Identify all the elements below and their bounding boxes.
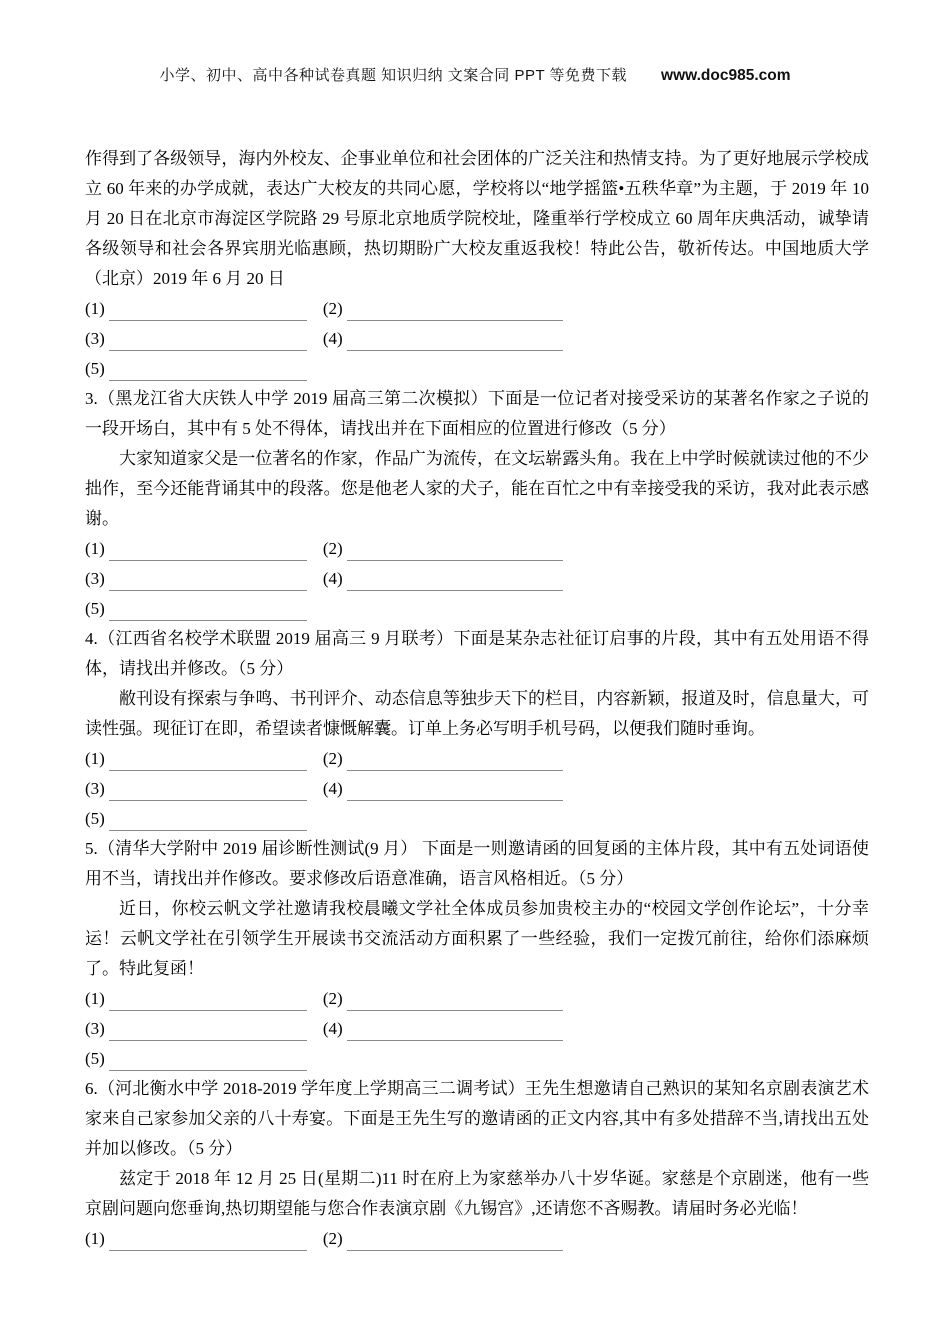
question-3-stem: 3.（黑龙江省大庆铁人中学 2019 届高三第二次模拟）下面是一位记者对接受采访… (85, 384, 869, 444)
question-5-stem: 5.（清华大学附中 2019 届诊断性测试(9 月） 下面是一则邀请函的回复函的… (85, 834, 869, 894)
answer-blanks-q6: (1) (2) (85, 1224, 869, 1254)
blank-label: (4) (323, 564, 343, 594)
blank-label: (1) (85, 984, 105, 1014)
header-promo-text: 小学、初中、高中各种试卷真题 知识归纳 文案合同 PPT 等免费下载 (159, 67, 627, 84)
answer-line (347, 748, 563, 771)
answer-line (109, 538, 307, 561)
answer-blank-row: (3) (4) (85, 1014, 869, 1044)
header-site-text: www.doc985.com (661, 67, 791, 84)
blank-label: (3) (85, 564, 105, 594)
answer-blanks-announcement: (1) (2) (3) (4) (5) (85, 294, 869, 384)
blank-label: (4) (323, 1014, 343, 1044)
answer-blank-row: (5) (85, 1044, 869, 1074)
document-page: 小学、初中、高中各种试卷真题 知识归纳 文案合同 PPT 等免费下载www.do… (0, 0, 950, 1344)
blank-label: (3) (85, 324, 105, 354)
question-6-stem: 6.（河北衡水中学 2018-2019 学年度上学期高三二调考试）王先生想邀请自… (85, 1074, 869, 1164)
answer-line (109, 1018, 307, 1041)
answer-blank-row: (3) (4) (85, 324, 869, 354)
blank-label: (2) (323, 294, 343, 324)
blank-label: (2) (323, 1224, 343, 1254)
document-body: 作得到了各级领导，海内外校友、企事业单位和社会团体的广泛关注和热情支持。为了更好… (85, 144, 869, 1254)
answer-blanks-q3: (1) (2) (3) (4) (5) (85, 534, 869, 624)
question-6-passage: 兹定于 2018 年 12 月 25 日(星期二)11 时在府上为家慈举办八十岁… (85, 1164, 869, 1224)
answer-line (109, 778, 307, 801)
answer-line (109, 298, 307, 321)
blank-label: (5) (85, 354, 105, 384)
answer-line (109, 748, 307, 771)
answer-line (109, 1048, 307, 1071)
answer-line (347, 778, 563, 801)
answer-blank-row: (5) (85, 804, 869, 834)
answer-line (109, 568, 307, 591)
answer-blank-row: (5) (85, 594, 869, 624)
blank-label: (3) (85, 1014, 105, 1044)
answer-blank-row: (5) (85, 354, 869, 384)
answer-line (347, 298, 563, 321)
answer-line (109, 988, 307, 1011)
question-4-stem: 4.（江西省名校学术联盟 2019 届高三 9 月联考）下面是某杂志社征订启事的… (85, 624, 869, 684)
blank-label: (1) (85, 744, 105, 774)
answer-line (109, 598, 307, 621)
question-5-passage: 近日，你校云帆文学社邀请我校晨曦文学社全体成员参加贵校主办的“校园文学创作论坛”… (85, 894, 869, 984)
answer-line (347, 328, 563, 351)
answer-blank-row: (1) (2) (85, 744, 869, 774)
answer-line (109, 328, 307, 351)
blank-label: (5) (85, 804, 105, 834)
blank-label: (2) (323, 984, 343, 1014)
answer-line (109, 358, 307, 381)
blank-label: (2) (323, 744, 343, 774)
blank-label: (4) (323, 324, 343, 354)
blank-label: (3) (85, 774, 105, 804)
blank-label: (1) (85, 294, 105, 324)
answer-blanks-q5: (1) (2) (3) (4) (5) (85, 984, 869, 1074)
answer-blank-row: (1) (2) (85, 984, 869, 1014)
answer-line (347, 988, 563, 1011)
answer-line (347, 538, 563, 561)
answer-blank-row: (1) (2) (85, 294, 869, 324)
answer-line (347, 1018, 563, 1041)
blank-label: (1) (85, 1224, 105, 1254)
question-3-passage: 大家知道家父是一位著名的作家，作品广为流传，在文坛崭露头角。我在上中学时候就读过… (85, 444, 869, 534)
blank-label: (2) (323, 534, 343, 564)
answer-blank-row: (1) (2) (85, 534, 869, 564)
answer-line (109, 1228, 307, 1251)
answer-blanks-q4: (1) (2) (3) (4) (5) (85, 744, 869, 834)
paragraph-announcement-continuation: 作得到了各级领导，海内外校友、企事业单位和社会团体的广泛关注和热情支持。为了更好… (85, 144, 869, 294)
blank-label: (5) (85, 1044, 105, 1074)
blank-label: (1) (85, 534, 105, 564)
answer-line (347, 568, 563, 591)
question-4-passage: 敝刊设有探索与争鸣、书刊评介、动态信息等独步天下的栏目，内容新颖，报道及时，信息… (85, 684, 869, 744)
blank-label: (5) (85, 594, 105, 624)
answer-line (347, 1228, 563, 1251)
answer-blank-row: (3) (4) (85, 774, 869, 804)
page-header: 小学、初中、高中各种试卷真题 知识归纳 文案合同 PPT 等免费下载www.do… (0, 64, 950, 85)
answer-blank-row: (1) (2) (85, 1224, 869, 1254)
answer-line (109, 808, 307, 831)
answer-blank-row: (3) (4) (85, 564, 869, 594)
blank-label: (4) (323, 774, 343, 804)
